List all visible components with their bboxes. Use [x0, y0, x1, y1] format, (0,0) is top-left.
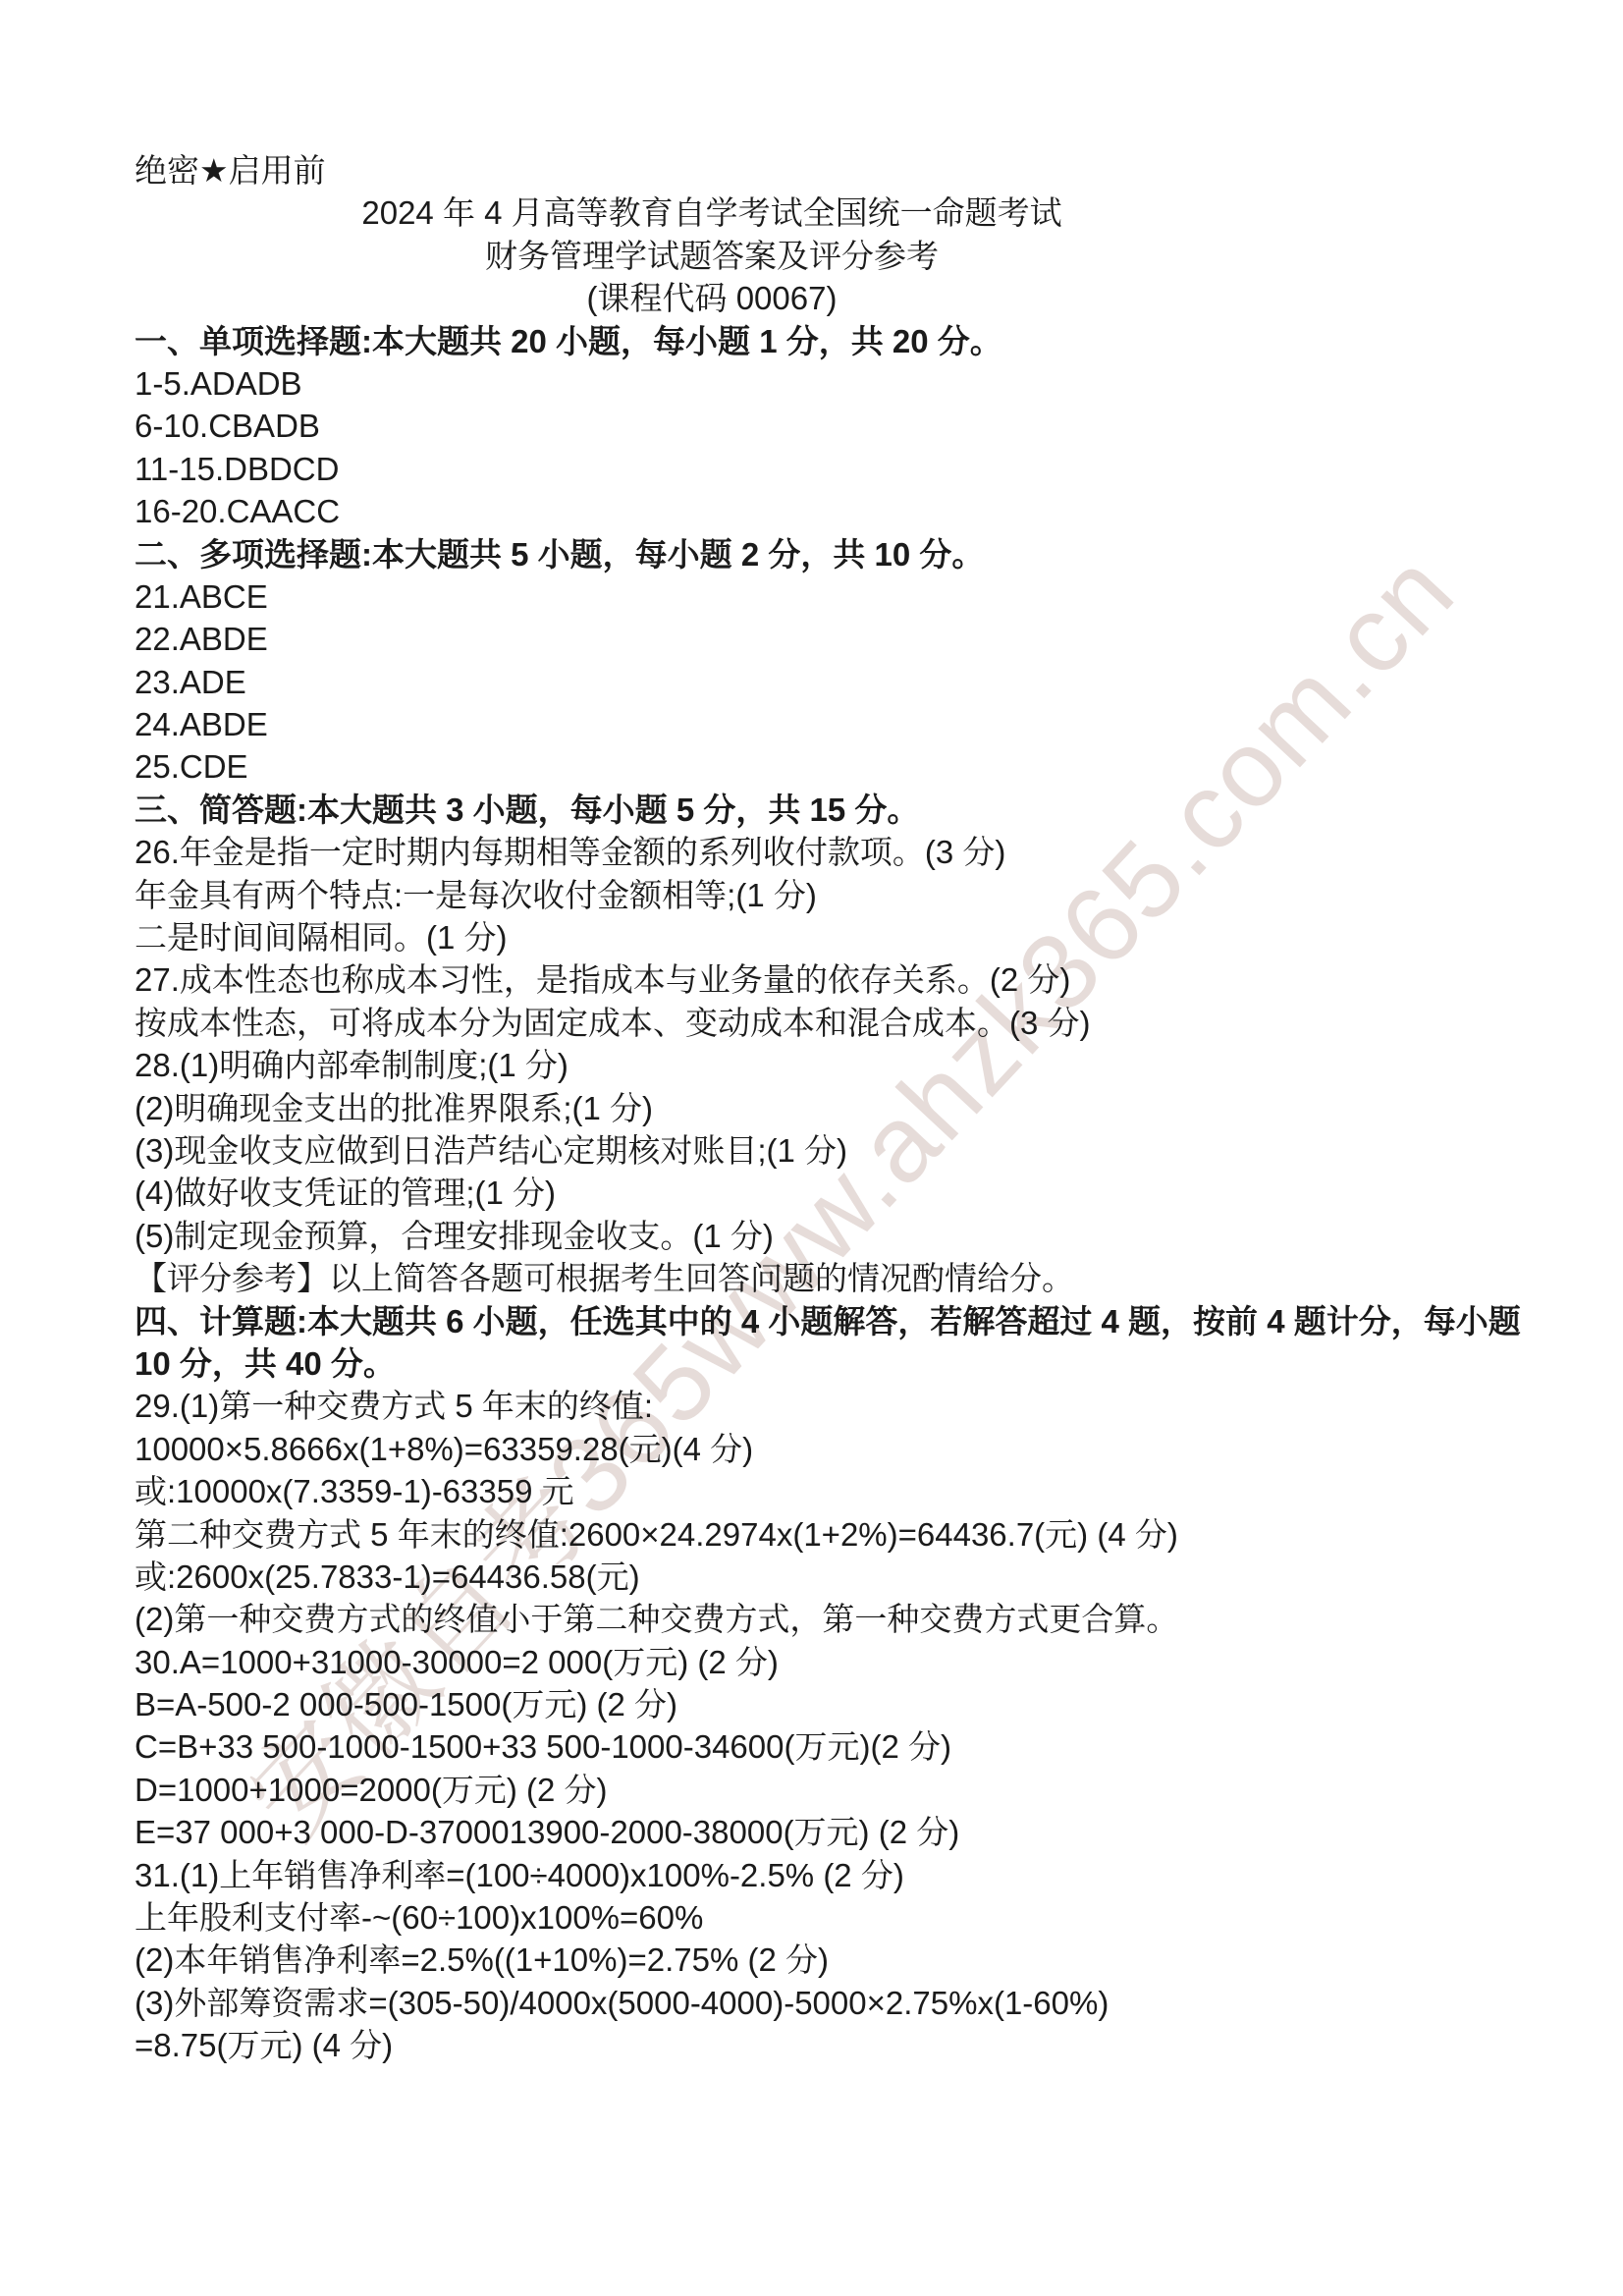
answer-29-line-2: 10000×5.8666x(1+8%)=63359.28(元)(4 分): [135, 1428, 1558, 1470]
answer-28-line-5: (5)制定现金预算，合理安排现金收支。(1 分): [135, 1215, 1558, 1257]
answers-6-10: 6-10.CBADB: [135, 405, 1558, 447]
answer-28-line-4: (4)做好收支凭证的管理;(1 分): [135, 1172, 1558, 1214]
answer-22: 22.ABDE: [135, 618, 1558, 660]
answer-31-line-3: (2)本年销售净利率=2.5%((1+10%)=2.75% (2 分): [135, 1939, 1558, 1981]
answer-29-line-6: (2)第一种交费方式的终值小于第二种交费方式，第一种交费方式更合算。: [135, 1598, 1558, 1640]
answers-16-20: 16-20.CAACC: [135, 490, 1558, 532]
answer-31-line-4: (3)外部筹资需求=(305-50)/4000x(5000-4000)-5000…: [135, 1982, 1558, 2024]
exam-title: 2024 年 4 月高等教育自学考试全国统一命题考试: [135, 191, 1289, 234]
classification-notice: 绝密★启用前: [135, 149, 1558, 191]
answer-21: 21.ABCE: [135, 575, 1558, 618]
answer-26-line-3: 二是时间间隔相同。(1 分): [135, 916, 1558, 958]
answer-28-line-2: (2)明确现金支出的批准界限系;(1 分): [135, 1087, 1558, 1129]
course-code: (课程代码 00067): [135, 277, 1289, 319]
answers-1-5: 1-5.ADADB: [135, 362, 1558, 405]
answer-25: 25.CDE: [135, 745, 1558, 788]
answer-24: 24.ABDE: [135, 703, 1558, 745]
answer-31-line-1: 31.(1)上年销售净利率=(100÷4000)x100%-2.5% (2 分): [135, 1854, 1558, 1896]
answer-28-line-1: 28.(1)明确内部牵制制度;(1 分): [135, 1044, 1558, 1086]
answer-26-line-1: 26.年金是指一定时期内每期相等金额的系列收付款项。(3 分): [135, 831, 1558, 873]
answers-11-15: 11-15.DBDCD: [135, 448, 1558, 490]
paper-title: 财务管理学试题答案及评分参考: [135, 235, 1289, 277]
page: 安徽自考365www.ahzk365.com.cn 绝密★启用前2024 年 4…: [0, 0, 1623, 2296]
answer-31-line-2: 上年股利支付率-~(60÷100)x100%=60%: [135, 1896, 1558, 1939]
section-four-header-wrap: 10 分，共 40 分。: [135, 1342, 1558, 1385]
answer-27-line-1: 27.成本性态也称成本习性，是指成本与业务量的依存关系。(2 分): [135, 958, 1558, 1001]
answer-31-line-5: =8.75(万元) (4 分): [135, 2024, 1558, 2066]
section-one-header: 一、单项选择题:本大题共 20 小题，每小题 1 分，共 20 分。: [135, 320, 1558, 362]
section-two-header: 二、多项选择题:本大题共 5 小题，每小题 2 分，共 10 分。: [135, 533, 1558, 575]
answer-30-line-1: 30.A=1000+31000-30000=2 000(万元) (2 分): [135, 1641, 1558, 1683]
answer-30-line-3: C=B+33 500-1000-1500+33 500-1000-34600(万…: [135, 1725, 1558, 1768]
section-three-header: 三、简答题:本大题共 3 小题，每小题 5 分，共 15 分。: [135, 789, 1558, 831]
answer-27-line-2: 按成本性态，可将成本分为固定成本、变动成本和混合成本。(3 分): [135, 1002, 1558, 1044]
section-four-header: 四、计算题:本大题共 6 小题，任选其中的 4 小题解答，若解答超过 4 题，按…: [135, 1300, 1558, 1342]
answer-30-line-4: D=1000+1000=2000(万元) (2 分): [135, 1769, 1558, 1811]
scoring-note: 【评分参考】以上简答各题可根据考生回答问题的情况酌情给分。: [135, 1257, 1558, 1299]
answer-26-line-2: 年金具有两个特点:一是每次收付金额相等;(1 分): [135, 874, 1558, 916]
answer-30-line-5: E=37 000+3 000-D-3700013900-2000-38000(万…: [135, 1811, 1558, 1853]
answer-29-line-3: 或:10000x(7.3359-1)-63359 元: [135, 1470, 1558, 1512]
answer-28-line-3: (3)现金收支应做到日浩芦结心定期核对账目;(1 分): [135, 1129, 1558, 1172]
answer-29-line-4: 第二种交费方式 5 年末的终值:2600×24.2974x(1+2%)=6443…: [135, 1513, 1558, 1556]
answer-29-line-1: 29.(1)第一种交费方式 5 年末的终值:: [135, 1385, 1558, 1427]
answer-23: 23.ADE: [135, 661, 1558, 703]
answer-29-line-5: 或:2600x(25.7833-1)=64436.58(元): [135, 1556, 1558, 1598]
document-body: 绝密★启用前2024 年 4 月高等教育自学考试全国统一命题考试财务管理学试题答…: [135, 149, 1558, 2067]
answer-30-line-2: B=A-500-2 000-500-1500(万元) (2 分): [135, 1683, 1558, 1725]
